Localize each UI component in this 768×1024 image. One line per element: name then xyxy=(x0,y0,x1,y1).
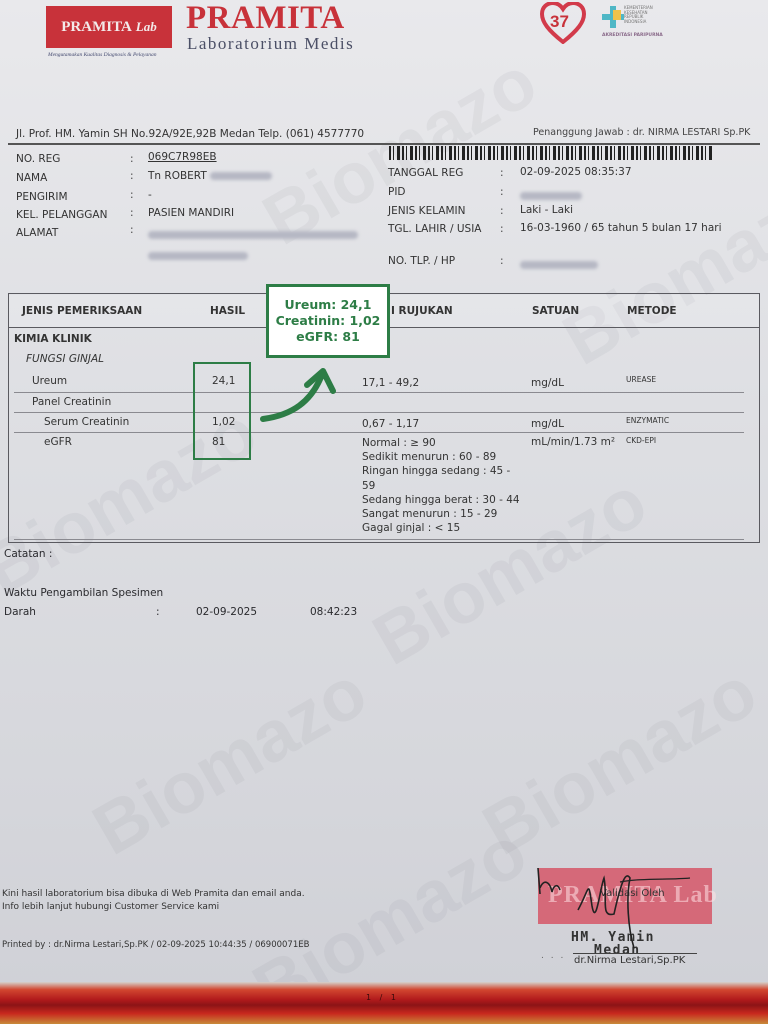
catatan-label: Catatan : xyxy=(4,548,52,560)
section-kimia-klinik: KIMIA KLINIK xyxy=(14,333,92,345)
value-jenis-kelamin: Laki - Laki xyxy=(520,204,573,216)
specimen-date: 02-09-2025 xyxy=(196,606,257,618)
row-divider xyxy=(14,539,744,540)
logo-text: PRAMITA xyxy=(61,19,132,36)
callout-creatinin: Creatinin: 1,02 xyxy=(276,313,381,329)
watermark: Biomazo xyxy=(80,650,381,871)
egfr-reference-ranges: Normal : ≥ 90 Sedikit menurun : 60 - 89 … xyxy=(362,436,532,535)
page-number: 1 / 1 xyxy=(366,993,399,1002)
value-pid-redacted xyxy=(520,185,582,204)
value-no-tlp-redacted xyxy=(520,254,598,273)
anniversary-number: 37 xyxy=(550,12,569,32)
waktu-pengambilan-title: Waktu Pengambilan Spesimen xyxy=(4,587,163,599)
lab-address: Jl. Prof. HM. Yamin SH No.92A/92E,92B Me… xyxy=(16,128,364,140)
bottom-decorative-band xyxy=(0,982,768,1024)
specimen-type: Darah xyxy=(4,606,36,618)
label-pengirim: PENGIRIM xyxy=(16,191,68,203)
signature-icon xyxy=(530,848,710,958)
results-callout: Ureum: 24,1 Creatinin: 1,02 eGFR: 81 xyxy=(266,284,390,358)
kemenkes-logo: KEMENTERIAN KESEHATAN REPUBLIK INDONESIA… xyxy=(600,4,680,48)
row-divider xyxy=(14,392,744,393)
logo-script: Lab xyxy=(136,19,157,35)
hasil-highlight-box xyxy=(193,362,251,460)
label-tgl-lahir-usia: TGL. LAHIR / USIA xyxy=(388,223,481,235)
pramita-lab-logo: PRAMITALab xyxy=(46,6,172,48)
watermark: Biomazo xyxy=(470,650,768,871)
value-kel-pelanggan: PASIEN MANDIRI xyxy=(148,207,234,219)
row-divider xyxy=(14,412,744,413)
value-tanggal-reg: 02-09-2025 08:35:37 xyxy=(520,166,632,178)
tagline: Mengutamakan Kualitas Diagnosis & Pelaya… xyxy=(48,52,156,58)
label-kel-pelanggan: KEL. PELANGGAN xyxy=(16,209,107,221)
header-metode: METODE xyxy=(627,305,677,317)
subsection-fungsi-ginjal: FUNGSI GINJAL xyxy=(26,353,104,365)
curved-arrow-icon xyxy=(255,365,345,427)
header-satuan: SATUAN xyxy=(532,305,579,317)
value-alamat-redacted xyxy=(148,224,358,262)
label-jenis-kelamin: JENIS KELAMIN xyxy=(388,205,466,217)
label-pid: PID xyxy=(388,186,406,198)
anniversary-heart-icon: 37 xyxy=(540,2,586,44)
printed-by: Printed by : dr.Nirma Lestari,Sp.PK / 02… xyxy=(2,940,309,950)
value-tgl-lahir-usia: 16-03-1960 / 65 tahun 5 bulan 17 hari xyxy=(520,222,722,234)
specimen-time: 08:42:23 xyxy=(310,606,357,618)
footer-info: Kini hasil laboratorium bisa dibuka di W… xyxy=(2,888,305,914)
label-nama: NAMA xyxy=(16,172,47,184)
label-no-tlp: NO. TLP. / HP xyxy=(388,255,455,267)
label-tanggal-reg: TANGGAL REG xyxy=(388,167,463,179)
kemenkes-text: KEMENTERIAN KESEHATAN REPUBLIK INDONESIA xyxy=(624,6,653,24)
callout-egfr: eGFR: 81 xyxy=(296,329,360,345)
barcode xyxy=(389,146,714,160)
penanggung-jawab: Penanggung Jawab : dr. NIRMA LESTARI Sp.… xyxy=(533,127,750,138)
row-divider xyxy=(14,432,744,433)
value-pengirim: - xyxy=(148,189,152,201)
accreditation-label: AKREDITASI PARIPURNA xyxy=(602,33,663,38)
header-divider xyxy=(8,143,760,145)
kemenkes-emblem-icon xyxy=(602,6,624,28)
label-no-reg: NO. REG xyxy=(16,153,60,165)
header-nilai-rujukan: I RUJUKAN xyxy=(391,305,453,317)
callout-ureum: Ureum: 24,1 xyxy=(285,297,372,313)
header-jenis-pemeriksaan: JENIS PEMERIKSAAN xyxy=(22,305,142,317)
value-nama: Tn ROBERT xyxy=(148,170,272,182)
brand-title: PRAMITA xyxy=(186,0,345,37)
header-hasil: HASIL xyxy=(210,305,245,317)
value-no-reg: 069C7R98EB xyxy=(148,151,217,163)
brand-subtitle: Laboratorium Medis xyxy=(187,34,354,54)
label-alamat: ALAMAT xyxy=(16,227,58,239)
